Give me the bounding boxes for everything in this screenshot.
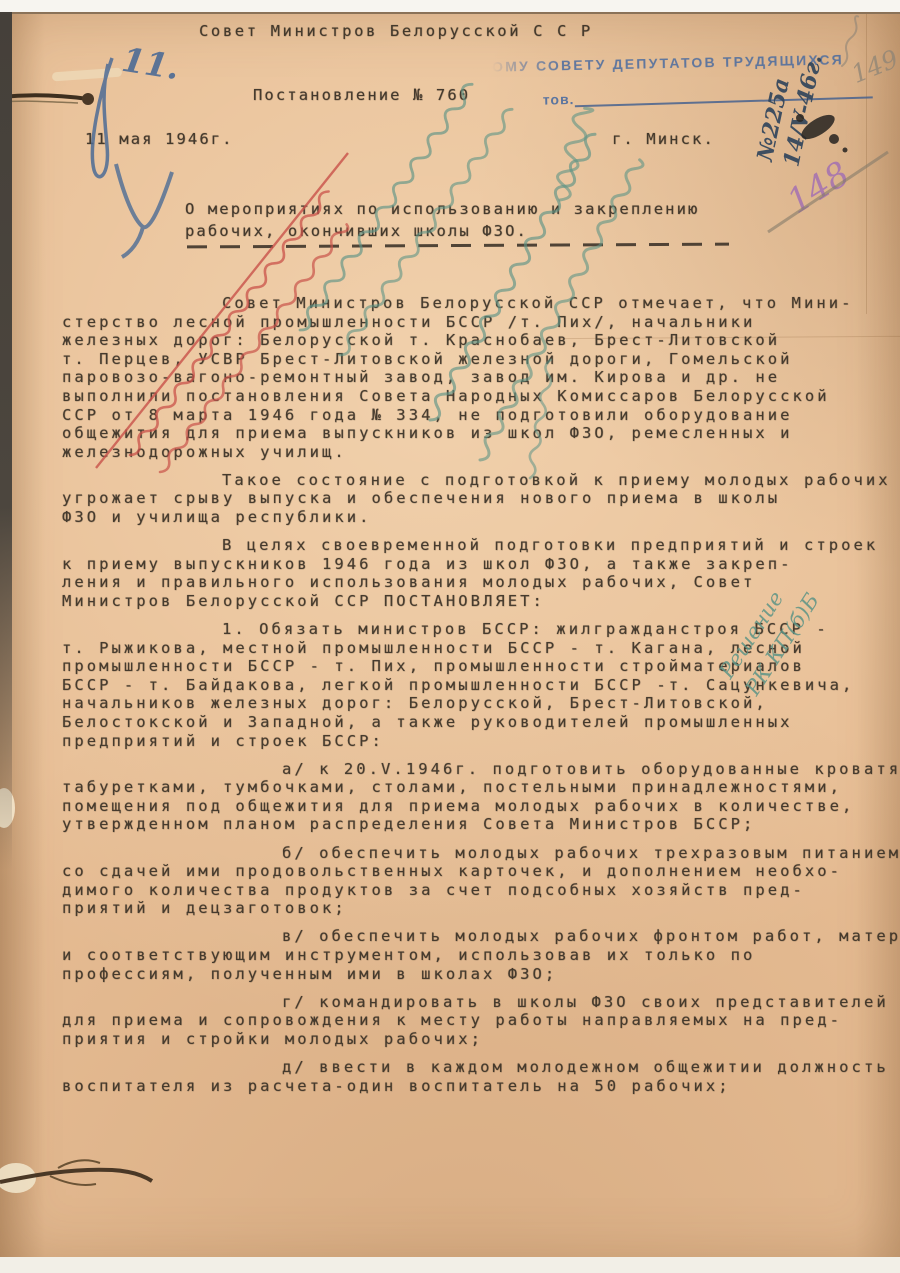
doc-body: Совет Министров Белорусской ССР отмечает…	[62, 294, 862, 1105]
paragraph: а/ к 20.V.1946г. подготовить оборудованн…	[62, 760, 862, 834]
paragraph: в/ обеспечить молодых рабочих фронтом ра…	[62, 927, 862, 983]
doc-city: г. Минск.	[612, 130, 715, 148]
scan-edge-left	[0, 12, 12, 1112]
scan-edge-bottom	[0, 1257, 900, 1273]
doc-number-line: Постановление № 760	[253, 86, 470, 104]
paragraph: В целях своевременной подготовки предпри…	[62, 536, 862, 610]
org-name: Совет Министров Белорусской С С Р	[199, 22, 593, 40]
paragraph: д/ ввести в каждом молодежном общежитии …	[62, 1058, 862, 1095]
paragraph: б/ обеспечить молодых рабочих трехразовы…	[62, 844, 862, 918]
stamp-tov-label: тов.	[543, 91, 575, 108]
doc-date: 11 мая 1946г.	[85, 130, 234, 148]
paragraph: г/ командировать в школы ФЗО своих предс…	[62, 993, 862, 1049]
doc-title-line2: рабочих, окончивших школы ФЗО.	[185, 222, 528, 240]
paragraph: Такое состояние с подготовкой к приему м…	[62, 471, 862, 527]
doc-title-line1: О мероприятиях по использованию и закреп…	[185, 200, 699, 218]
scanned-document-page: Совет Министров Белорусской С С Р Постан…	[0, 0, 900, 1273]
paragraph: Совет Министров Белорусской ССР отмечает…	[62, 294, 862, 461]
scan-edge-top	[0, 0, 900, 12]
